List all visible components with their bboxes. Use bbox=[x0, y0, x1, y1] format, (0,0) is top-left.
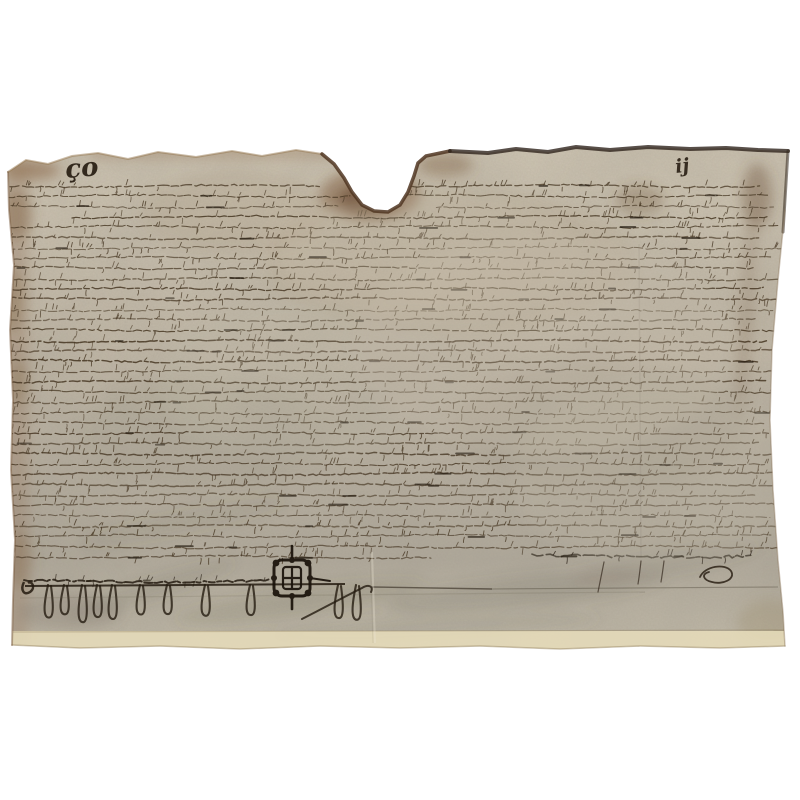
photo-canvas: ço ij bbox=[0, 0, 800, 800]
folio-mark-top-right: ij bbox=[674, 154, 691, 178]
manuscript-photo: ço ij bbox=[0, 0, 800, 800]
